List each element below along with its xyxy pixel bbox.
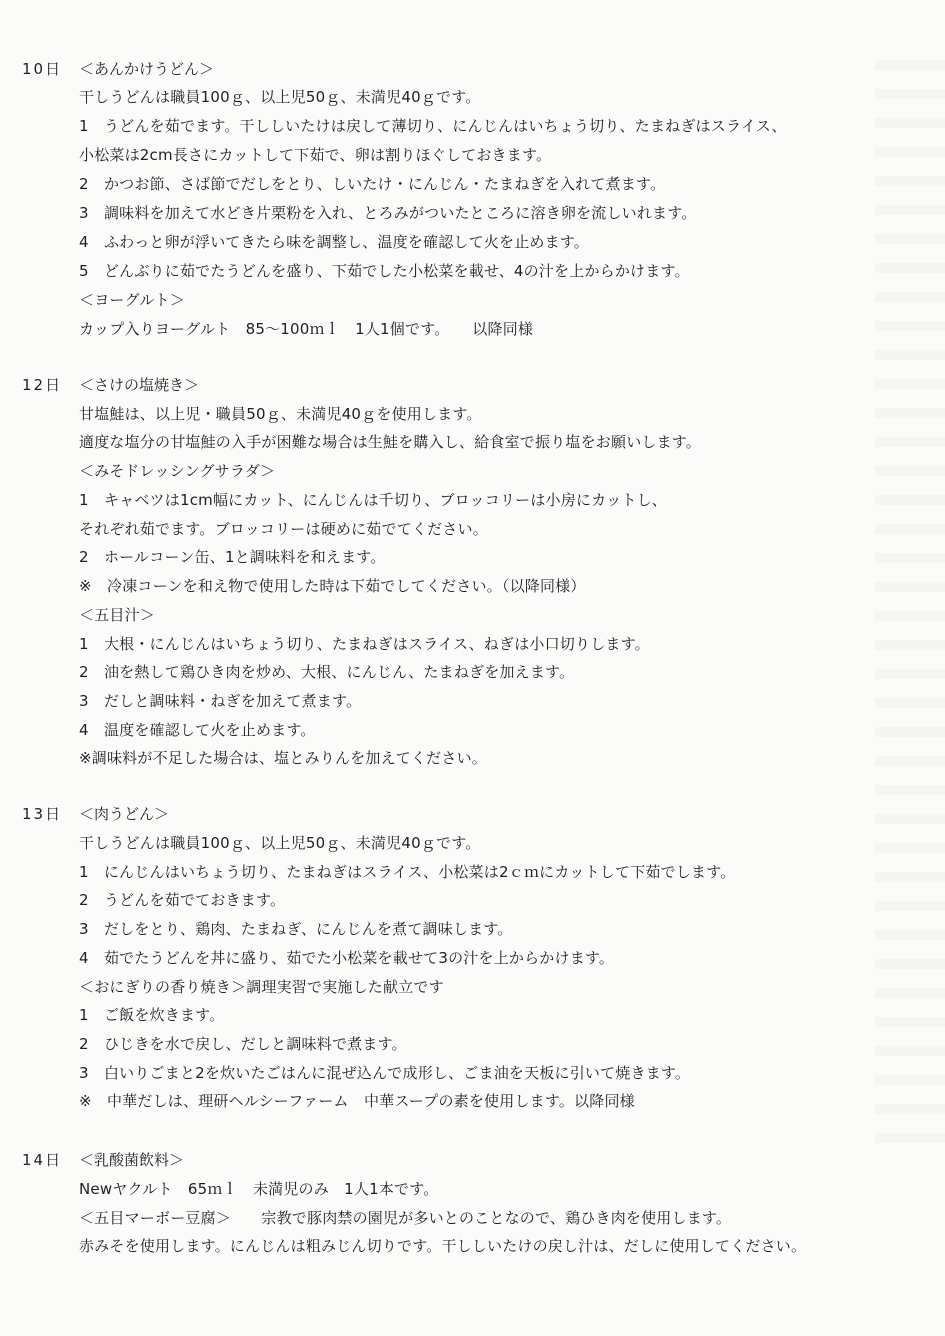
step-line: 1 ご飯を炊きます。	[79, 1005, 224, 1025]
step-line: 2 油を熱して鶏ひき肉を炒め、大根、にんじん、たまねぎを加えます。	[79, 662, 574, 682]
section-date: 13日	[22, 804, 62, 824]
body-line: カップ入りヨーグルト 85～100ｍｌ 1人1個です。 以降同様	[79, 319, 533, 339]
step-line: 2 かつお節、さば節でだしをとり、しいたけ・にんじん・たまねぎを入れて煮ます。	[79, 174, 665, 194]
section-date: 14日	[22, 1150, 62, 1170]
section-title: ＜さけの塩焼き＞	[79, 375, 199, 395]
step-line: 2 ひじきを水で戻し、だしと調味料で煮ます。	[79, 1034, 407, 1054]
step-line: 3 だしをとり、鶏肉、たまねぎ、にんじんを煮て調味します。	[79, 919, 513, 939]
step-line: 4 温度を確認して火を止めます。	[79, 720, 316, 740]
step-line: 3 白いりごまと2を炊いたごはんに混ぜ込んで成形し、ごま油を天板に引いて焼きます…	[79, 1063, 690, 1083]
body-line: 小松菜は2cm長さにカットして下茹で、卵は割りほぐしておきます。	[79, 145, 551, 165]
document-page: 10日 ＜あんかけうどん＞ 干しうどんは職員100ｇ、以上児50ｇ、未満児40ｇ…	[0, 0, 945, 1336]
section-date: 12日	[22, 375, 62, 395]
step-line: 3 だしと調味料・ねぎを加えて煮ます。	[79, 691, 361, 711]
sub-dish-title: ＜おにぎりの香り焼き＞調理実習で実施した献立です	[79, 977, 444, 997]
scan-bleed-through	[875, 60, 945, 1160]
sub-dish-title: ＜みそドレッシングサラダ＞	[79, 461, 275, 481]
step-line: 2 うどんを茹でておきます。	[79, 890, 285, 910]
body-line: 干しうどんは職員100ｇ、以上児50ｇ、未満児40ｇです。	[79, 87, 480, 107]
step-line: 1 キャベツは1cm幅にカット、にんじんは千切り、ブロッコリーは小房にカットし、	[79, 490, 667, 510]
step-line: 3 調味料を加えて水どき片栗粉を入れ、とろみがついたところに溶き卵を流しいれます…	[79, 203, 696, 223]
body-line: 適度な塩分の甘塩鮭の入手が困難な場合は生鮭を購入し、給食室で振り塩をお願いします…	[79, 432, 701, 452]
section-title: ＜あんかけうどん＞	[79, 59, 214, 79]
body-line: 干しうどんは職員100ｇ、以上児50ｇ、未満児40ｇです。	[79, 833, 480, 853]
step-line: 5 どんぶりに茹でたうどんを盛り、下茹でした小松菜を載せ、4の汁を上からかけます…	[79, 261, 690, 281]
note-line: ※ 中華だしは、理研ヘルシーファーム 中華スープの素を使用します。以降同様	[79, 1091, 635, 1111]
sub-dish-title: ＜五目汁＞	[79, 605, 155, 625]
step-line: 2 ホールコーン缶、1と調味料を和えます。	[79, 547, 386, 567]
section-title: ＜肉うどん＞	[79, 804, 169, 824]
step-line: 1 大根・にんじんはいちょう切り、たまねぎはスライス、ねぎは小口切りします。	[79, 634, 650, 654]
sub-dish-title: ＜ヨーグルト＞	[79, 290, 185, 310]
body-line: それぞれ茹でます。ブロッコリーは硬めに茹でてください。	[79, 519, 488, 539]
section-title: ＜乳酸菌飲料＞	[79, 1150, 184, 1170]
step-line: 4 茹でたうどんを丼に盛り、茹でた小松菜を載せて3の汁を上からかけます。	[79, 948, 614, 968]
sub-dish-title: ＜五目マーボー豆腐＞ 宗教で豚肉禁の園児が多いとのことなので、鶏ひき肉を使用しま…	[79, 1208, 731, 1228]
step-line: 1 にんじんはいちょう切り、たまねぎはスライス、小松菜は2ｃｍにカットして下茹で…	[79, 862, 735, 882]
note-line: ※ 冷凍コーンを和え物で使用した時は下茹でしてください。（以降同様）	[79, 576, 586, 596]
body-line: 赤みそを使用します。にんじんは粗みじん切りです。干ししいたけの戻し汁は、だしに使…	[79, 1236, 806, 1256]
section-date: 10日	[22, 59, 62, 79]
body-line: 甘塩鮭は、以上児・職員50ｇ、未満児40ｇを使用します。	[79, 404, 482, 424]
body-line: Newヤクルト 65ｍｌ 未満児のみ 1人1本です。	[79, 1179, 438, 1199]
step-line: 4 ふわっと卵が浮いてきたら味を調整し、温度を確認して火を止めます。	[79, 232, 589, 252]
note-line: ※調味料が不足した場合は、塩とみりんを加えてください。	[79, 748, 487, 768]
step-line: 1 うどんを茹でます。干ししいたけは戻して薄切り、にんじんはいちょう切り、たまね…	[79, 116, 787, 136]
